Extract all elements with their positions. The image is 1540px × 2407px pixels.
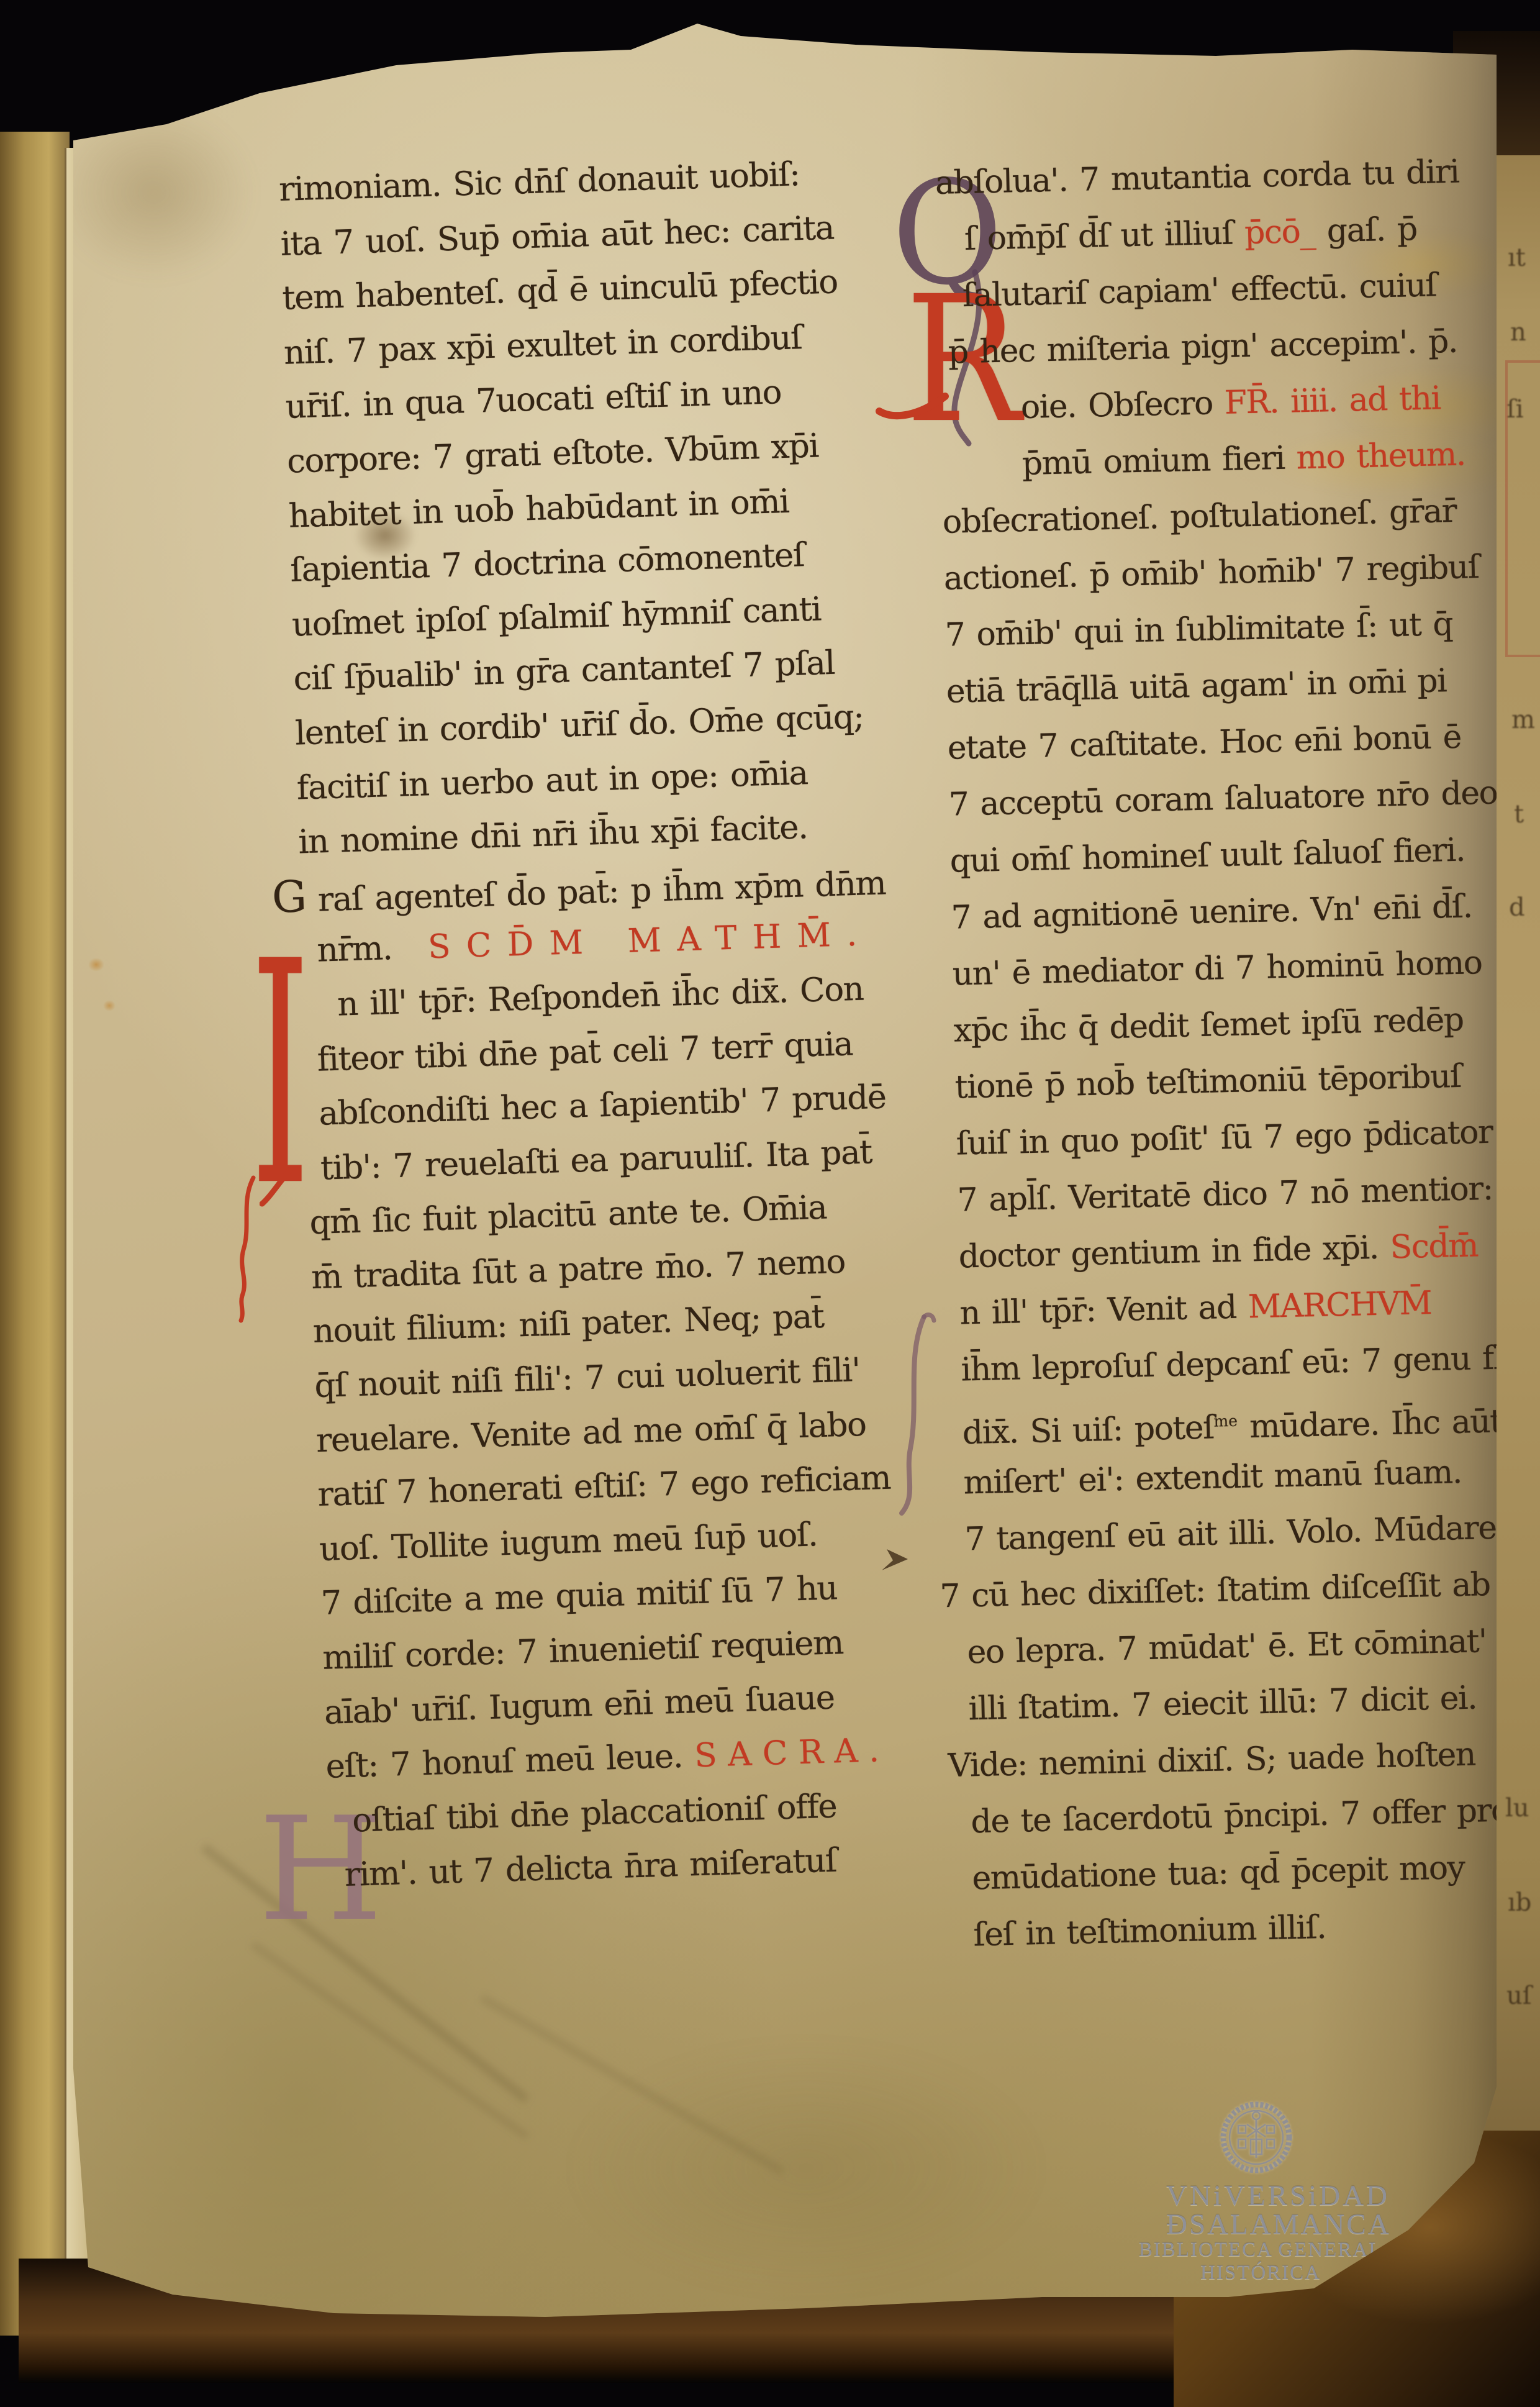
damp-stain bbox=[570, 2044, 1042, 2292]
rubric-text: SCD̄M MATHM̄. bbox=[427, 915, 873, 966]
body-text: ſalutariſ capiam' effectū. cuiuſ bbox=[962, 266, 1436, 314]
body-text: uoſmet ipſoſ pſalmiſ hȳmniſ canti bbox=[291, 590, 822, 644]
rubric-text: FR̄. iiii. ad thi bbox=[1224, 380, 1441, 422]
body-text: reuelare. Venite ad me om̄ſ q̄ labo bbox=[315, 1405, 866, 1459]
body-text: etate 7 caſtitate. Hoc en̄i bonū ē bbox=[947, 719, 1461, 767]
body-text: aīab' ur̄iſ. Iugum en̄i meū ſuaue bbox=[324, 1678, 835, 1731]
left-text-column: rimoniam. Sic dn̄ſ donauit uobiſ:ita 7 u… bbox=[278, 145, 938, 1903]
red-paragraph-flourish bbox=[233, 1174, 263, 1326]
body-text: nr̄m. bbox=[317, 929, 428, 970]
facing-page-text-fragment: n bbox=[1510, 318, 1526, 347]
body-text: Vide: nemini dixiſ. S; uade hoſten bbox=[948, 1736, 1475, 1785]
body-text: ſ om̄p̄ſ d̄ſ ut illiuſ bbox=[964, 214, 1244, 258]
body-text: tem habenteſ. qd̄ ē uinculū pfectio bbox=[282, 263, 838, 318]
body-text: mūdare. Ih̄c aūt bbox=[1238, 1403, 1503, 1445]
body-text: 7 ad agnitionē uenire. Vn' en̄i d̄ſ. bbox=[951, 888, 1472, 936]
body-text: n ill' tp̄r̄: Venit ad bbox=[959, 1288, 1248, 1332]
rubric-text: mo theum. bbox=[1296, 435, 1465, 476]
body-text: ciſ ſp̄ualib' in gr̄a cantanteſ 7 pſal bbox=[293, 644, 835, 698]
body-text: 7 cū hec dixiſſet: ſtatim diſceſſit ab bbox=[940, 1566, 1490, 1615]
right-text-column: abſolua'. 7 mutantia corda tu diriſ om̄p… bbox=[935, 142, 1540, 1963]
body-text: 7 diſcite a me quia mitiſ ſū 7 hu bbox=[320, 1570, 838, 1623]
rubric-text: p̄cō_ bbox=[1244, 213, 1315, 252]
body-text: ſuiſ in quo poſit' ſū 7 ego p̄dicator bbox=[956, 1114, 1493, 1163]
watermark-university-name-2: ÐSALAMANCA bbox=[1166, 2208, 1352, 2241]
body-text: ita 7 uoſ. Sup̄ om̄ia aūt hec: carita bbox=[280, 209, 835, 263]
body-text: habitet in uob̄ habūdant in om̄i bbox=[288, 482, 789, 535]
body-text: 7 tangenſ eū ait illi. Volo. Mūdare. bbox=[964, 1509, 1506, 1558]
body-text: de te ſacerdotū p̄ncipi. 7 offer pro bbox=[971, 1791, 1510, 1841]
body-text: fiteor tibi dn̄e pat̄ celi 7 terr̄ quia bbox=[317, 1025, 853, 1079]
body-text: me bbox=[1213, 1412, 1238, 1431]
rubric-text: SACRA. bbox=[694, 1731, 890, 1775]
facing-page-red-initial-frame bbox=[1505, 360, 1540, 657]
manuscript-page: I H Q R rimoniam. Sic dn̄ſ donauit uobiſ… bbox=[73, 19, 1497, 2338]
body-text: 7 om̄ib' qui in ſublimitate ſ̄: ut q̄ bbox=[944, 606, 1453, 654]
body-text: qui om̄ſ homineſ uult ſaluoſ fieri. bbox=[949, 832, 1465, 880]
body-text: oſtiaſ tibi dn̄e placcationiſ offe bbox=[351, 1787, 837, 1839]
body-text: corpore: 7 grati eſtote. Vbūm xp̄i bbox=[286, 427, 818, 480]
rubric-text: Scd̄m̄ bbox=[1390, 1227, 1479, 1266]
body-text: facitiſ in uerbo aut in ope: om̄ia bbox=[296, 754, 808, 807]
body-text: obſecrationeſ. poſtulationeſ. gr̄ar̄ bbox=[942, 493, 1456, 541]
body-text: lenteſ in cordib' ur̄iſ d̄o. Om̄e qcūq; bbox=[294, 698, 864, 752]
body-text: rimoniam. Sic dn̄ſ donauit uobiſ: bbox=[278, 155, 800, 209]
body-text: m̄ tradita ſūt a patre m̄o. 7 nemo bbox=[310, 1243, 845, 1296]
body-text: actioneſ. p̄ om̄ib' hom̄ib' 7 regibuſ bbox=[943, 548, 1479, 598]
body-text: etiā trāq̄llā uitā agam' in om̄i pi bbox=[946, 662, 1447, 711]
body-text: oie. Obſecro bbox=[1020, 384, 1225, 426]
facing-page-text-fragment: ıt bbox=[1508, 243, 1526, 272]
body-text: xp̄c ih̄c q̄ dedit ſemet ipſū redēp bbox=[953, 1001, 1464, 1050]
facing-page-text-fragment: t bbox=[1514, 800, 1524, 829]
text-line: p̄mū omium fieri mo theum. bbox=[1021, 425, 1538, 493]
body-text: q̄ſ nouit niſi fili': 7 cui uoluerit fil… bbox=[314, 1351, 861, 1405]
initial-i-tail-flourish bbox=[260, 1165, 297, 1210]
body-text: un' ē mediator di 7 hominū homo bbox=[952, 944, 1482, 993]
body-text: illi ſtatim. 7 eiecit illū: 7 dicit ei. bbox=[968, 1680, 1477, 1728]
stain bbox=[55, 106, 253, 280]
stain-dot bbox=[103, 1000, 115, 1011]
underlying-leaf-edge bbox=[0, 132, 70, 2336]
body-text: eo lepra. 7 mūdat' ē. Et cōminat' ē bbox=[967, 1622, 1517, 1671]
body-text: gaſ. p̄ bbox=[1315, 211, 1417, 250]
body-text: miſert' ei': extendit manū ſuam. bbox=[963, 1454, 1462, 1501]
body-text: qm̄ ſic fuit placitū ante te. Om̄ia bbox=[309, 1189, 827, 1242]
body-text: G bbox=[271, 871, 307, 923]
body-text: ur̄iſ. in qua 7uocati eſtiſ in uno bbox=[285, 374, 782, 427]
body-text: miliſ corde: 7 inuenietiſ requiem bbox=[322, 1624, 844, 1677]
body-text: ih̄m leproſuſ depcanſ eū: 7 genu flexo bbox=[961, 1339, 1540, 1389]
facing-page-text-fragment: ıb bbox=[1508, 1888, 1531, 1917]
body-text: nouit filium: niſi pater. Neq; pat̄ bbox=[312, 1298, 824, 1350]
facing-page-text-fragment: m bbox=[1511, 706, 1535, 734]
stain-dot bbox=[88, 958, 104, 971]
university-seal-icon bbox=[1220, 2101, 1293, 2174]
body-text: tib': 7 reuelaſti ea paruuliſ. Ita pat̄ bbox=[320, 1133, 872, 1187]
body-text: p̄ hec miſteria pign' accepim'. p̄. bbox=[948, 323, 1457, 371]
body-text: abſolua'. 7 mutantia corda tu diri bbox=[935, 153, 1459, 202]
facing-page-text-fragment: d bbox=[1509, 893, 1525, 922]
body-text: 7 acceptū coram ſaluatore nr̄o deo: bbox=[948, 774, 1508, 824]
body-text: rim'. ut 7 delicta n̄ra miſeratuſ bbox=[344, 1842, 837, 1894]
body-text: eſt: 7 honuſ meū leue. bbox=[325, 1737, 695, 1786]
body-text: in nomine dn̄i nr̄i ih̄u xp̄i facite. bbox=[298, 808, 808, 861]
body-text: dix̄. Si uiſ: poteſ bbox=[962, 1409, 1214, 1452]
facing-page-text-fragment: uſ bbox=[1506, 1982, 1532, 2010]
body-text: n ill' tp̄r̄: Reſponden̄ ih̄c dix̄. Con bbox=[337, 970, 864, 1024]
body-text: 7 apl̄ſ. Veritatē dico 7 nō mentior: bbox=[957, 1170, 1493, 1219]
facing-page-text-fragment: lu bbox=[1505, 1794, 1529, 1822]
body-text: uoſ. Tollite iugum meū ſup̄ uoſ. bbox=[319, 1516, 818, 1568]
body-text: niſ. 7 pax xp̄i exultet in cordibuſ bbox=[283, 319, 802, 372]
body-text: ratiſ 7 honerati eſtiſ: 7 ego reficiam bbox=[317, 1459, 891, 1514]
body-text: tionē p̄ nob̄ teſtimoniū tēporibuſ bbox=[954, 1058, 1461, 1106]
body-text: emūdatione tua: qd̄ p̄cepit moy bbox=[972, 1849, 1465, 1897]
body-text: ſapientia 7 doctrina cōmonenteſ bbox=[290, 536, 805, 589]
body-text: doctor gentium in fide xp̄i. bbox=[958, 1229, 1390, 1275]
body-text: p̄mū omium fieri bbox=[1021, 439, 1297, 483]
body-text: abſcondiſti hec a ſapientib' 7 prudē bbox=[319, 1078, 887, 1133]
rubric-text: MARCHVM̄ bbox=[1248, 1285, 1432, 1326]
wrinkle-shadow bbox=[251, 1942, 529, 2139]
body-text: ſeſ in teſtimonium illiſ. bbox=[973, 1909, 1326, 1954]
wrinkle-shadow bbox=[480, 1995, 785, 2175]
